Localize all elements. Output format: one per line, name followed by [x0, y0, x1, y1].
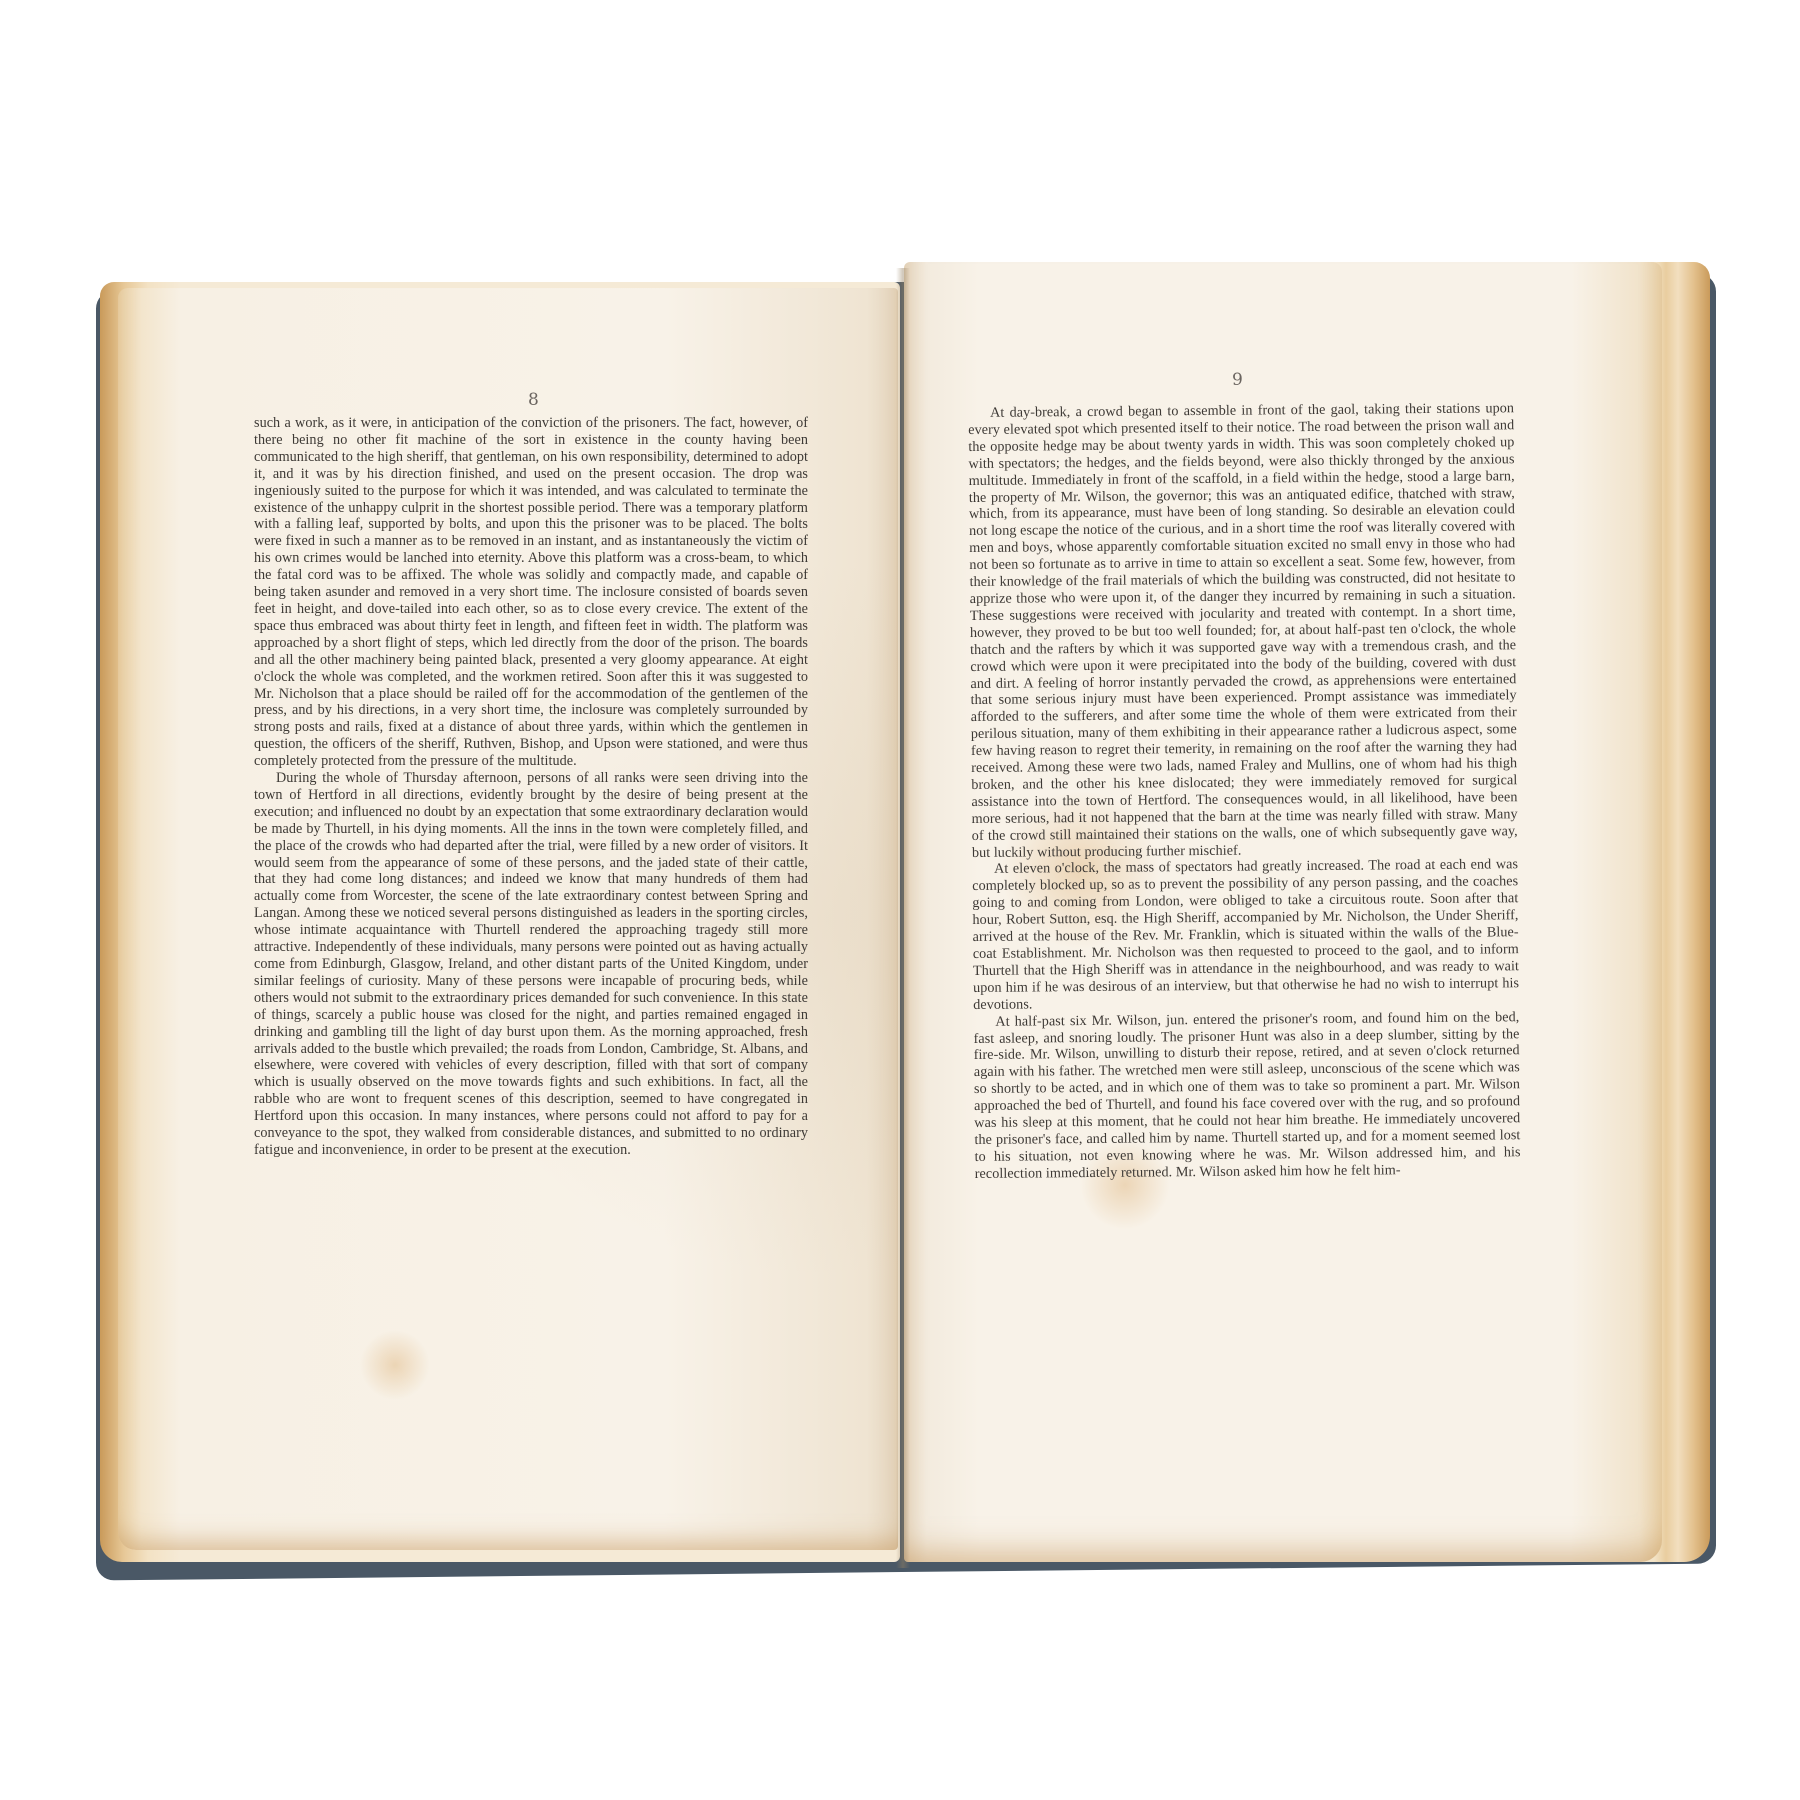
paragraph: At half-past six Mr. Wilson, jun. entere… [973, 1009, 1520, 1183]
right-page-text: At day-break, a crowd began to assemble … [968, 400, 1521, 1182]
page-number-right: 9 [1232, 370, 1243, 390]
photo-scene: 8 9 such a work, as it were, in anticipa… [0, 0, 1800, 1800]
book-gutter [896, 268, 910, 1568]
page-number-left: 8 [528, 390, 539, 410]
paragraph: At day-break, a crowd began to assemble … [968, 400, 1518, 861]
left-page-text: such a work, as it were, in anticipation… [254, 415, 808, 1159]
foxing-stain [360, 1330, 430, 1400]
paragraph: At eleven o'clock, the mass of spectator… [972, 857, 1519, 1014]
paragraph: such a work, as it were, in anticipation… [254, 415, 808, 770]
paragraph: During the whole of Thursday afternoon, … [254, 770, 808, 1159]
